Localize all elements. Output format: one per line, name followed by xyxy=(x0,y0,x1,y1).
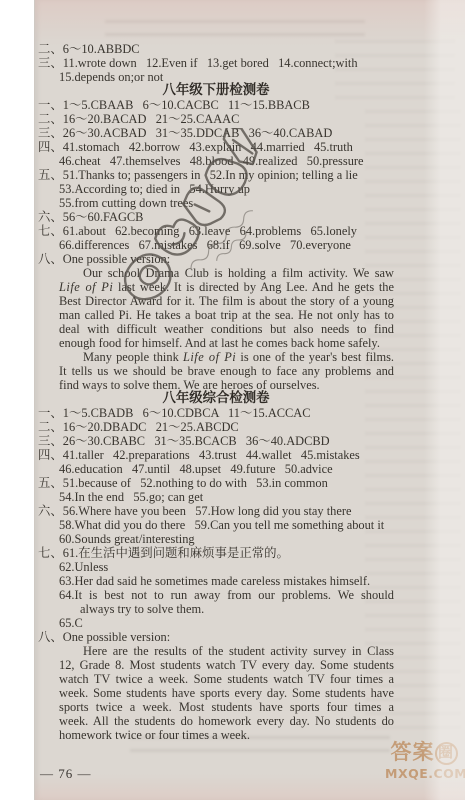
answer-line: Many people think Life of Pi is one of t… xyxy=(38,350,394,364)
answer-line: 55.from cutting down trees xyxy=(38,196,394,210)
answer-line: 五、51.because of 52.nothing to do with 53… xyxy=(38,476,394,490)
answer-line: 63.Her dad said he sometimes made carele… xyxy=(38,574,394,588)
answer-line: 三、26～30.CBABC 31～35.BCACB 36～40.ADCBD xyxy=(38,434,394,448)
answer-line: 62.Unless xyxy=(38,560,394,574)
answer-line: Our school Drama Club is holding a film … xyxy=(38,266,394,280)
answer-line: 五、51.Thanks to; passengers in 52.In my o… xyxy=(38,168,394,182)
answer-line: Life of Pi last week. It is directed by … xyxy=(38,280,394,294)
answer-line: week. Some students have sports every da… xyxy=(38,686,394,700)
answer-line: sports twice a week. Most students have … xyxy=(38,700,394,714)
answer-line: 六、56.Where have you been 57.How long did… xyxy=(38,504,394,518)
answer-line: 七、61.about 62.becoming 63.leave 64.probl… xyxy=(38,224,394,238)
answer-line: 八、One possible version: xyxy=(38,252,394,266)
answer-line: 四、41.stomach 42.borrow 43.explain 44.mar… xyxy=(38,140,394,154)
answer-line: week. All the students do homework every… xyxy=(38,714,394,728)
answer-line: 66.differences 67.mistakes 68.if 69.solv… xyxy=(38,238,394,252)
scan-tint-top xyxy=(35,0,465,46)
text-column: 二、6～10.ABBDC三、11.wrote down 12.Even if 1… xyxy=(38,42,394,742)
answer-line: 一、1～5.CBADB 6～10.CDBCA 11～15.ACCAC xyxy=(38,406,394,420)
answer-line: 四、41.taller 42.preparations 43.trust 44.… xyxy=(38,448,394,462)
answer-line: 65.C xyxy=(38,616,394,630)
answer-line: 46.education 47.until 48.upset 49.future… xyxy=(38,462,394,476)
answer-line: 53.According to; died in 54.Hurry up xyxy=(38,182,394,196)
answer-line: 八、One possible version: xyxy=(38,630,394,644)
section-heading: 八年级综合检测卷 xyxy=(38,392,394,406)
answer-line: It tells us we should be brave enough to… xyxy=(38,364,394,378)
answer-line: 12, Grade 8. Most students watch TV ever… xyxy=(38,658,394,672)
answer-line: 三、11.wrote down 12.Even if 13.get bored … xyxy=(38,56,394,70)
answer-line: deal with difficult weather conditions b… xyxy=(38,322,394,336)
scanned-answer-page: { "document": { "page_number": "— 76 —",… xyxy=(0,0,465,800)
answer-line: man called Pi. He takes a boat trip at t… xyxy=(38,308,394,322)
answer-line: 64.It is best not to run away from our p… xyxy=(38,588,394,602)
answer-line: Best Director Award for it. The film is … xyxy=(38,294,394,308)
answer-line: 三、26～30.ACBAD 31～35.DDCAB 36～40.CABAD xyxy=(38,126,394,140)
section-heading: 八年级下册检测卷 xyxy=(38,84,394,98)
answer-line: always try to solve them. xyxy=(38,602,394,616)
answer-line: 46.cheat 47.themselves 48.blood 49.reali… xyxy=(38,154,394,168)
page-curl-highlight xyxy=(424,0,465,800)
answer-line: 15.depends on;or not xyxy=(38,70,394,84)
answer-line: find ways to solve them. We are heroes o… xyxy=(38,378,394,392)
answer-line: watch TV twice a week. Some students wat… xyxy=(38,672,394,686)
answer-line: 六、56～60.FAGCB xyxy=(38,210,394,224)
book-page: 二、6～10.ABBDC三、11.wrote down 12.Even if 1… xyxy=(34,0,465,800)
answer-line: Here are the results of the student acti… xyxy=(38,644,394,658)
answer-line: 一、1～5.CBAAB 6～10.CACBC 11～15.BBACB xyxy=(38,98,394,112)
answer-line: homework twice or four times a week. xyxy=(38,728,394,742)
answer-line: 二、16～20.BACAD 21～25.CAAAC xyxy=(38,112,394,126)
answer-line: 七、61.在生活中遇到问题和麻烦事是正常的。 xyxy=(38,546,394,560)
answer-line: 二、16～20.DBADC 21～25.ABCDC xyxy=(38,420,394,434)
scan-tint-bottom xyxy=(35,774,465,800)
answer-line: 58.What did you do there 59.Can you tell… xyxy=(38,518,394,532)
answer-line: 60.Sounds great/interesting xyxy=(38,532,394,546)
answer-line: 54.In the end 55.go; can get xyxy=(38,490,394,504)
answer-line: enough food for himself. And at last he … xyxy=(38,336,394,350)
